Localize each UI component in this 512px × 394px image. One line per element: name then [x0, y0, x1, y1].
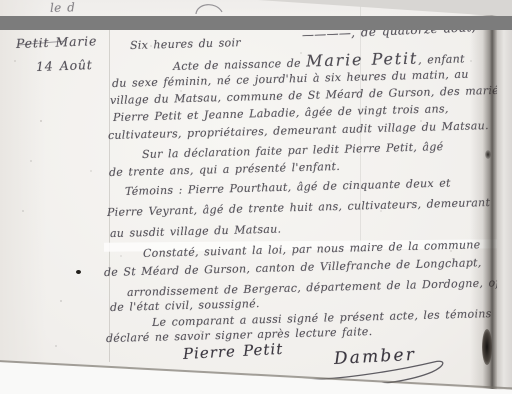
register-scan: le d ————, de quatorze août, Petit Marie… [0, 0, 512, 394]
ink-dot [76, 270, 81, 274]
binding-ink-blob [482, 329, 492, 365]
act-title-prefix: Acte de naissance de [173, 57, 306, 73]
adjacent-page-edge [497, 0, 512, 394]
act-title-suffix: , enfant [418, 52, 465, 66]
previous-entry-fragment: le d [50, 1, 75, 15]
margin-entry-date: 14 Août [36, 58, 93, 74]
scan-redaction-bar [0, 16, 512, 30]
margin-entry-name: Petit Marie [16, 34, 98, 51]
paper-speckles [0, 0, 2, 2]
binding-ink-mark [485, 150, 491, 159]
child-name: Marie Petit [306, 49, 419, 71]
